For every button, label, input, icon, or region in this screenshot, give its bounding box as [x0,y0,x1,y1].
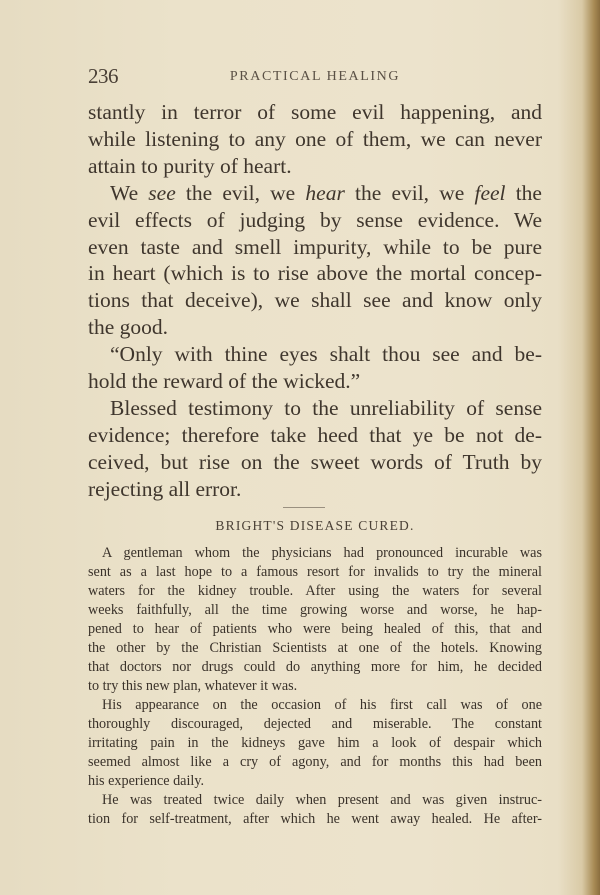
text-line: hold the reward of the wicked.” [88,368,542,395]
text-line: Blessed testimony to the unreliability o… [88,395,542,422]
body-text: stantly in terror of some evil happening… [88,99,542,503]
section-body: A gentleman whom the physicians had pron… [88,544,542,829]
section-heading: BRIGHT'S DISEASE CURED. [88,518,542,534]
italic-word: see [148,181,175,205]
running-title: PRACTICAL HEALING [88,69,542,85]
text-line: attain to purity of heart. [88,153,542,180]
running-head: 236 PRACTICAL HEALING [88,64,542,90]
text-line: “Only with thine eyes shalt thou see and… [88,341,542,368]
section-divider [283,507,325,508]
text-line: that doctors nor drugs could do anything… [88,658,542,677]
text-line: waters for the kidney trouble. After usi… [88,582,542,601]
italic-word: feel [474,181,505,205]
text-line: rejecting all error. [88,476,542,503]
text-line: the good. [88,314,542,341]
text-line: ceived, but rise on the sweet words of T… [88,449,542,476]
text-line: even taste and smell impurity, while to … [88,234,542,261]
text-line: to try this new plan, whatever it was. [88,677,542,696]
book-page: 236 PRACTICAL HEALING stantly in terror … [0,0,600,895]
text-run: We [110,181,148,205]
text-line: his experience daily. [88,772,542,791]
paragraph: We see the evil, we hear the evil, we fe… [88,180,542,341]
text-line: We see the evil, we hear the evil, we fe… [88,180,542,207]
text-run: the evil, we [345,181,475,205]
text-line: while listening to any one of them, we c… [88,126,542,153]
text-line: He was treated twice daily when present … [88,791,542,810]
paragraph: Blessed testimony to the unreliability o… [88,395,542,503]
text-line: sent as a last hope to a famous resort f… [88,563,542,582]
text-line: tion for self-treatment, after which he … [88,810,542,829]
paragraph-quote: “Only with thine eyes shalt thou see and… [88,341,542,395]
text-line: evil effects of judging by sense evidenc… [88,207,542,234]
text-line: A gentleman whom the physicians had pron… [88,544,542,563]
text-line: weeks faithfully, all the time growing w… [88,601,542,620]
text-line: His appearance on the occasion of his fi… [88,696,542,715]
text-run: the evil, we [176,181,306,205]
text-line: in heart (which is to rise above the mor… [88,260,542,287]
text-line: stantly in terror of some evil happening… [88,99,542,126]
italic-word: hear [305,181,344,205]
paragraph: He was treated twice daily when present … [88,791,542,829]
paragraph: His appearance on the occasion of his fi… [88,696,542,791]
text-line: the other by the Christian Scientists at… [88,639,542,658]
paragraph: stantly in terror of some evil happening… [88,99,542,180]
text-line: irritating pain in the kidneys gave him … [88,734,542,753]
paragraph: A gentleman whom the physicians had pron… [88,544,542,696]
text-line: tions that deceive), we shall see and kn… [88,287,542,314]
text-line: evidence; therefore take heed that ye be… [88,422,542,449]
text-line: seemed almost like a cry of agony, and f… [88,753,542,772]
text-run: the [506,181,542,205]
text-line: thoroughly discouraged, dejected and mis… [88,715,542,734]
text-line: pened to hear of patients who were being… [88,620,542,639]
